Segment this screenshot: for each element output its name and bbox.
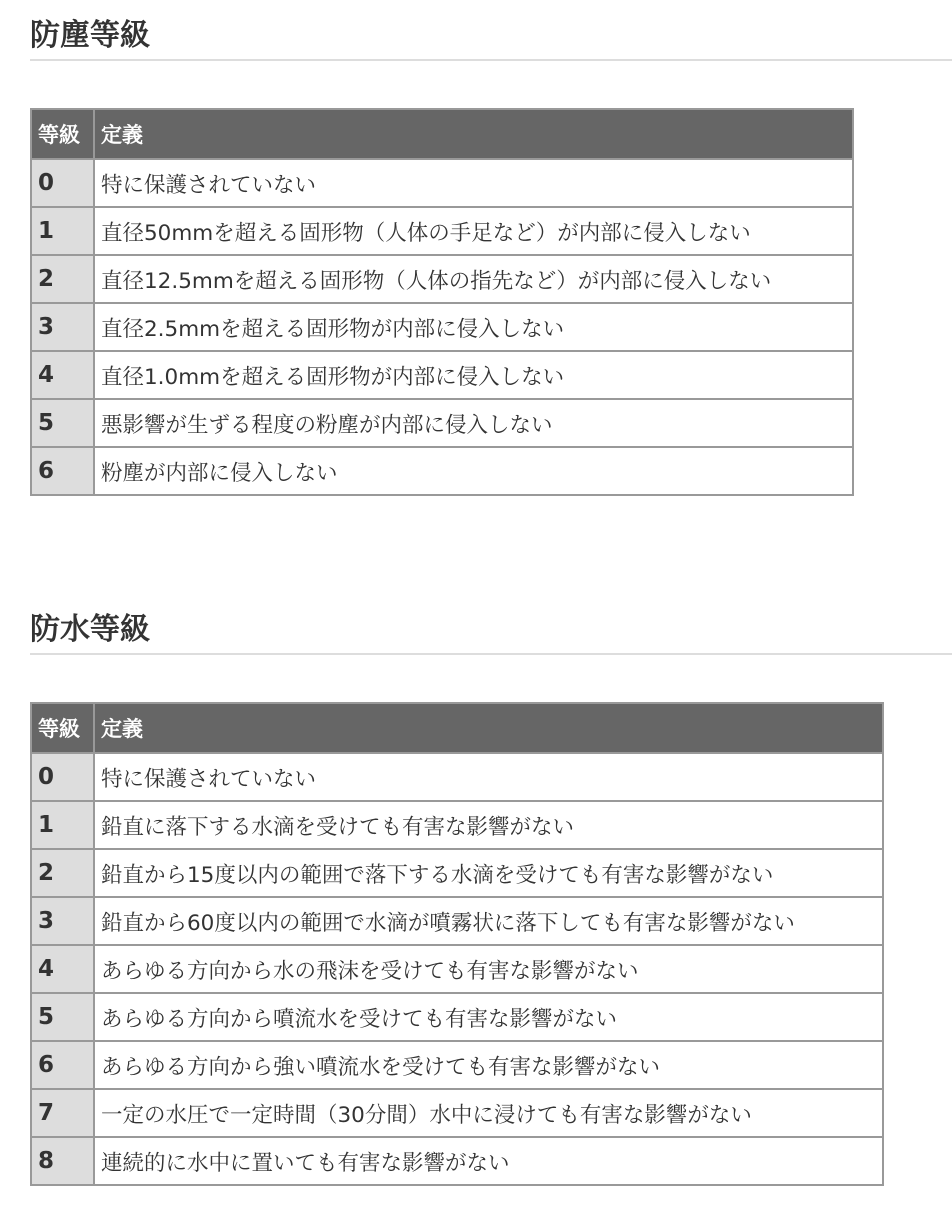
grade-cell: 0 <box>31 159 94 207</box>
header-definition: 定義 <box>94 703 883 753</box>
definition-cell: 一定の水圧で一定時間（30分間）水中に浸けても有害な影響がない <box>94 1089 883 1137</box>
table-row: 2鉛直から15度以内の範囲で落下する水滴を受けても有害な影響がない <box>31 849 883 897</box>
definition-cell: 鉛直から60度以内の範囲で水滴が噴霧状に落下しても有害な影響がない <box>94 897 883 945</box>
header-definition: 定義 <box>94 109 853 159</box>
table-row: 3鉛直から60度以内の範囲で水滴が噴霧状に落下しても有害な影響がない <box>31 897 883 945</box>
table-row: 5悪影響が生ずる程度の粉塵が内部に侵入しない <box>31 399 853 447</box>
grade-cell: 6 <box>31 1041 94 1089</box>
table-row: 4あらゆる方向から水の飛沫を受けても有害な影響がない <box>31 945 883 993</box>
divider <box>30 653 952 655</box>
table-header-row: 等級 定義 <box>31 703 883 753</box>
divider <box>30 59 952 61</box>
definition-cell: 悪影響が生ずる程度の粉塵が内部に侵入しない <box>94 399 853 447</box>
grade-cell: 6 <box>31 447 94 495</box>
table-row: 4直径1.0mmを超える固形物が内部に侵入しない <box>31 351 853 399</box>
definition-cell: 直径2.5mmを超える固形物が内部に侵入しない <box>94 303 853 351</box>
definition-cell: あらゆる方向から噴流水を受けても有害な影響がない <box>94 993 883 1041</box>
definition-cell: 直径12.5mmを超える固形物（人体の指先など）が内部に侵入しない <box>94 255 853 303</box>
grade-cell: 2 <box>31 849 94 897</box>
table-row: 0特に保護されていない <box>31 753 883 801</box>
table-row: 2直径12.5mmを超える固形物（人体の指先など）が内部に侵入しない <box>31 255 853 303</box>
grade-cell: 3 <box>31 303 94 351</box>
grade-cell: 7 <box>31 1089 94 1137</box>
table-header-row: 等級 定義 <box>31 109 853 159</box>
definition-cell: あらゆる方向から水の飛沫を受けても有害な影響がない <box>94 945 883 993</box>
definition-cell: あらゆる方向から強い噴流水を受けても有害な影響がない <box>94 1041 883 1089</box>
grade-cell: 0 <box>31 753 94 801</box>
table-row: 8連続的に水中に置いても有害な影響がない <box>31 1137 883 1185</box>
table-row: 7一定の水圧で一定時間（30分間）水中に浸けても有害な影響がない <box>31 1089 883 1137</box>
water-section-title: 防水等級 <box>30 604 150 648</box>
table-row: 0特に保護されていない <box>31 159 853 207</box>
grade-cell: 1 <box>31 207 94 255</box>
definition-cell: 特に保護されていない <box>94 753 883 801</box>
definition-cell: 連続的に水中に置いても有害な影響がない <box>94 1137 883 1185</box>
table-row: 5あらゆる方向から噴流水を受けても有害な影響がない <box>31 993 883 1041</box>
definition-cell: 直径50mmを超える固形物（人体の手足など）が内部に侵入しない <box>94 207 853 255</box>
water-grade-table: 等級 定義 0特に保護されていない1鉛直に落下する水滴を受けても有害な影響がない… <box>30 702 884 1186</box>
grade-cell: 5 <box>31 993 94 1041</box>
grade-cell: 5 <box>31 399 94 447</box>
grade-cell: 4 <box>31 351 94 399</box>
table-row: 6粉塵が内部に侵入しない <box>31 447 853 495</box>
dust-grade-table: 等級 定義 0特に保護されていない1直径50mmを超える固形物（人体の手足など）… <box>30 108 854 496</box>
grade-cell: 1 <box>31 801 94 849</box>
header-grade: 等級 <box>31 109 94 159</box>
definition-cell: 直径1.0mmを超える固形物が内部に侵入しない <box>94 351 853 399</box>
table-row: 6あらゆる方向から強い噴流水を受けても有害な影響がない <box>31 1041 883 1089</box>
grade-cell: 2 <box>31 255 94 303</box>
grade-cell: 4 <box>31 945 94 993</box>
definition-cell: 鉛直から15度以内の範囲で落下する水滴を受けても有害な影響がない <box>94 849 883 897</box>
table-row: 1直径50mmを超える固形物（人体の手足など）が内部に侵入しない <box>31 207 853 255</box>
dust-section-title: 防塵等級 <box>30 10 150 54</box>
header-grade: 等級 <box>31 703 94 753</box>
table-row: 1鉛直に落下する水滴を受けても有害な影響がない <box>31 801 883 849</box>
definition-cell: 粉塵が内部に侵入しない <box>94 447 853 495</box>
definition-cell: 特に保護されていない <box>94 159 853 207</box>
grade-cell: 8 <box>31 1137 94 1185</box>
table-row: 3直径2.5mmを超える固形物が内部に侵入しない <box>31 303 853 351</box>
grade-cell: 3 <box>31 897 94 945</box>
definition-cell: 鉛直に落下する水滴を受けても有害な影響がない <box>94 801 883 849</box>
